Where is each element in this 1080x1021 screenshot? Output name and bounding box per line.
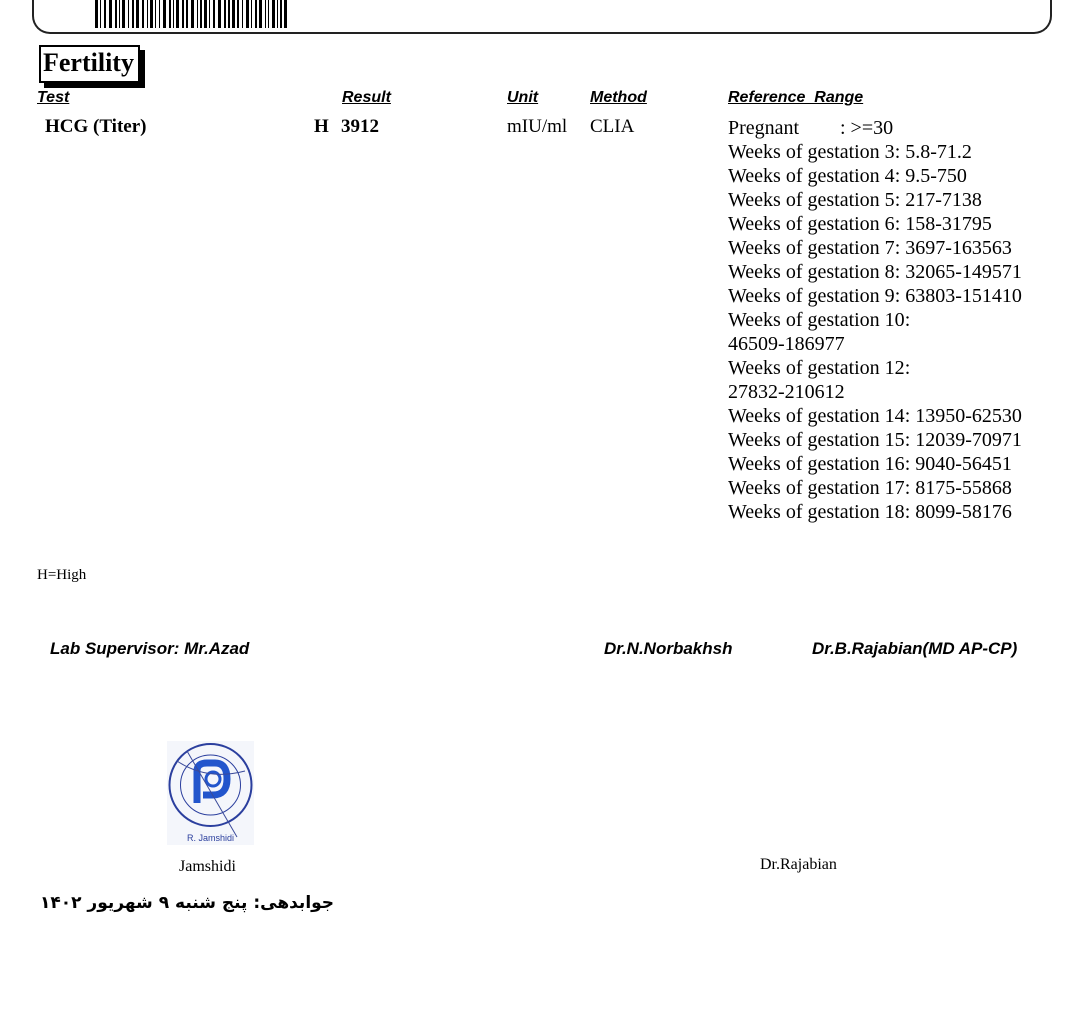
reference-value: : 158-31795 [895, 213, 992, 235]
column-header-test: Test [37, 89, 69, 107]
reference-label: Weeks of gestation 4 [728, 164, 895, 188]
doctor-signature-norbakhsh: Dr.N.Norbakhsh [604, 639, 732, 659]
reference-label: Weeks of gestation 8 [728, 260, 895, 284]
column-header-result: Result [342, 89, 391, 107]
reference-range-line: Weeks of gestation 10 : [728, 308, 1022, 332]
column-header-reference-range: Reference Range [728, 89, 863, 107]
reference-value: : 217-7138 [895, 189, 982, 211]
reference-label: Weeks of gestation 16 [728, 452, 905, 476]
column-header-unit: Unit [507, 89, 538, 107]
reference-label: 27832-210612 [728, 380, 845, 404]
reference-range-line: Pregnant: >=30 [728, 116, 1022, 140]
reference-range-line: 46509-186977 [728, 332, 1022, 356]
svg-text:R. Jamshidi: R. Jamshidi [187, 833, 234, 843]
reference-value: : 8175-55868 [905, 477, 1012, 499]
reference-label: Weeks of gestation 7 [728, 236, 895, 260]
doctor-signature-rajabian: Dr.B.Rajabian(MD AP-CP) [812, 639, 1017, 659]
reference-value: : 12039-70971 [905, 429, 1022, 451]
reference-label: Weeks of gestation 10 [728, 308, 905, 332]
reference-label: Weeks of gestation 5 [728, 188, 895, 212]
doctor-signature-text: Dr.Rajabian [760, 856, 837, 874]
response-date: جوابدهی: پنج شنبه ۹ شهریور ۱۴۰۲ [40, 893, 334, 913]
reference-range-line: Weeks of gestation 3 : 5.8-71.2 [728, 140, 1022, 164]
result-flag: H [314, 116, 329, 138]
flag-legend: H=High [37, 567, 86, 584]
lab-stamp: R. Jamshidi [167, 741, 254, 845]
test-name: HCG (Titer) [45, 116, 147, 138]
reference-value: : 32065-149571 [895, 261, 1022, 283]
reference-range-line: Weeks of gestation 15 : 12039-70971 [728, 428, 1022, 452]
reference-value: : 13950-62530 [905, 405, 1022, 427]
reference-range-line: Weeks of gestation 5 : 217-7138 [728, 188, 1022, 212]
column-header-method: Method [590, 89, 647, 107]
reference-value: : [905, 357, 911, 379]
reference-range-line: Weeks of gestation 18 : 8099-58176 [728, 500, 1022, 524]
reference-range-line: Weeks of gestation 9 : 63803-151410 [728, 284, 1022, 308]
reference-value: : 3697-163563 [895, 237, 1012, 259]
reference-value: : 9.5-750 [895, 165, 967, 187]
result-value: 3912 [341, 116, 379, 138]
reference-value: : 8099-58176 [905, 501, 1012, 523]
stamp-seal-icon: R. Jamshidi [167, 741, 254, 845]
reference-label: Pregnant [728, 116, 840, 140]
reference-value: : 9040-56451 [905, 453, 1012, 475]
reference-label: Weeks of gestation 9 [728, 284, 895, 308]
reference-label: Weeks of gestation 15 [728, 428, 905, 452]
reference-range-line: Weeks of gestation 12 : [728, 356, 1022, 380]
lab-supervisor-signature: Lab Supervisor: Mr.Azad [50, 639, 249, 659]
reference-range-list: Pregnant: >=30Weeks of gestation 3 : 5.8… [728, 116, 1022, 524]
unit-value: mIU/ml [507, 116, 567, 138]
reference-value: : [905, 309, 911, 331]
reference-label: Weeks of gestation 12 [728, 356, 905, 380]
reference-range-line: Weeks of gestation 6 : 158-31795 [728, 212, 1022, 236]
reference-label: Weeks of gestation 17 [728, 476, 905, 500]
reference-range-line: Weeks of gestation 8 : 32065-149571 [728, 260, 1022, 284]
reference-label: Weeks of gestation 3 [728, 140, 895, 164]
reference-range-line: Weeks of gestation 7 : 3697-163563 [728, 236, 1022, 260]
reference-range-line: Weeks of gestation 17 : 8175-55868 [728, 476, 1022, 500]
reference-range-line: Weeks of gestation 4 : 9.5-750 [728, 164, 1022, 188]
reference-value: : 63803-151410 [895, 285, 1022, 307]
barcode [95, 0, 290, 28]
reference-label: 46509-186977 [728, 332, 845, 356]
reference-range-line: 27832-210612 [728, 380, 1022, 404]
method-value: CLIA [590, 116, 634, 138]
reference-range-line: Weeks of gestation 14 : 13950-62530 [728, 404, 1022, 428]
reference-label: Weeks of gestation 14 [728, 404, 905, 428]
reference-range-line: Weeks of gestation 16 : 9040-56451 [728, 452, 1022, 476]
reference-value: : 5.8-71.2 [895, 141, 972, 163]
reference-value: : >=30 [840, 117, 893, 139]
reference-label: Weeks of gestation 18 [728, 500, 905, 524]
section-title: Fertility [39, 45, 140, 83]
reference-label: Weeks of gestation 6 [728, 212, 895, 236]
stamp-signer-name: Jamshidi [179, 858, 236, 876]
